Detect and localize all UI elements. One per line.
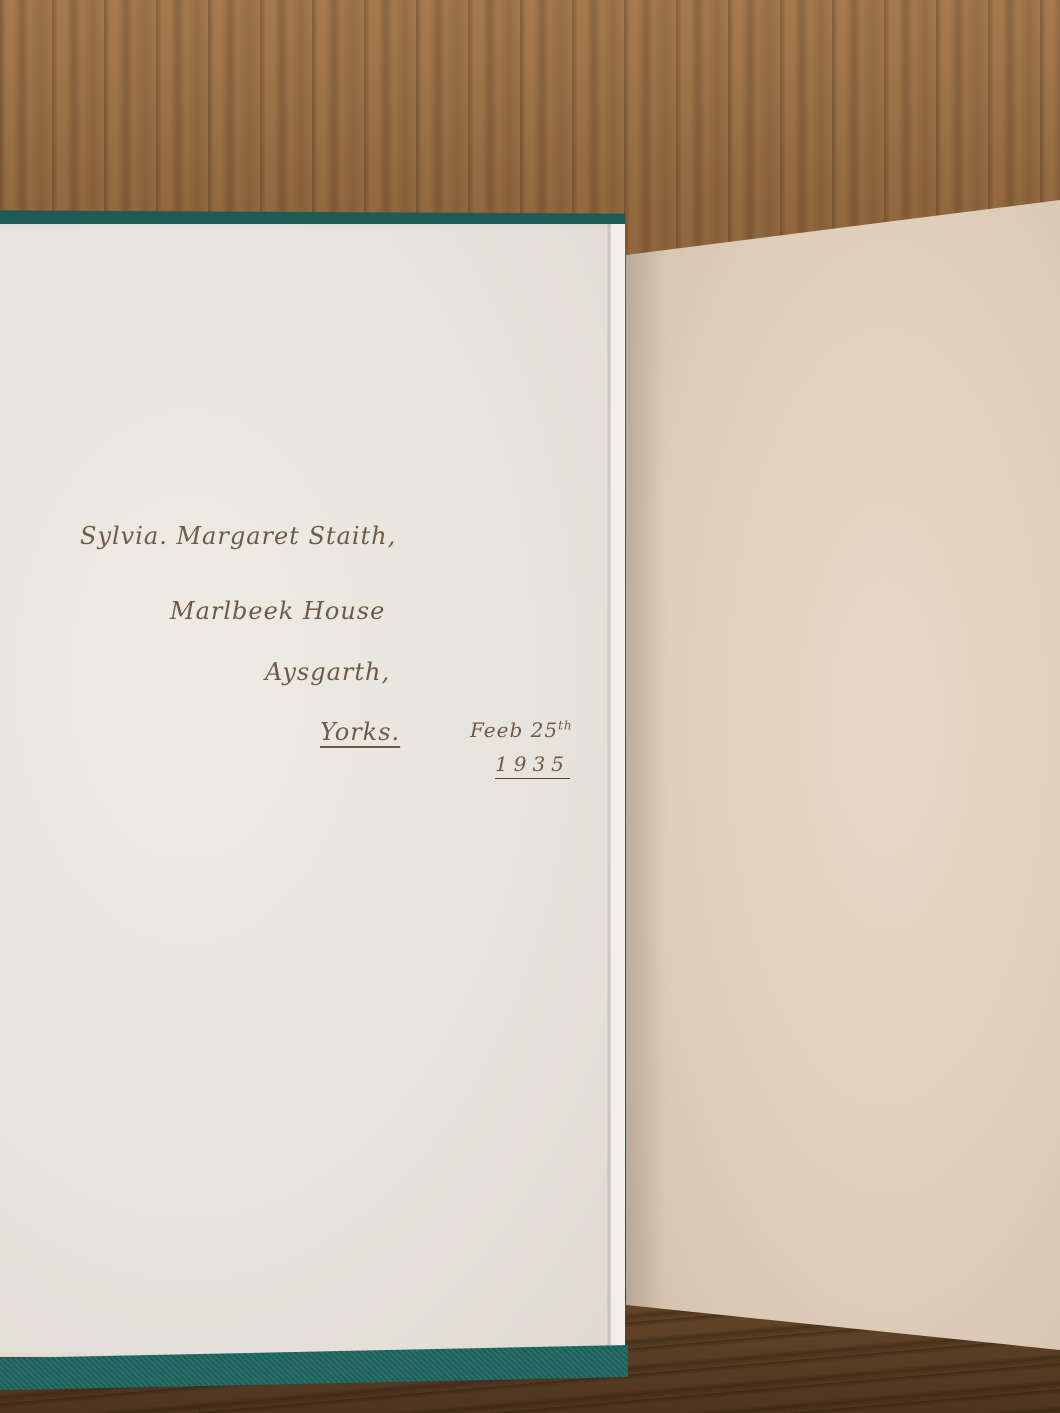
inscription-house: Marlbeek House [170,597,385,625]
inscription-name: Sylvia. Margaret Staith, [80,522,396,550]
date-month-day: Feeb 25 [470,718,558,742]
inscription-date-day: Feeb 25th [470,718,573,742]
inscription-date-year: 1935 [495,752,570,779]
inscription-town: Aysgarth, [265,658,390,686]
page-gutter-shadow [626,200,666,1350]
handwritten-inscription: Sylvia. Margaret Staith, Marlbeek House … [0,0,625,1000]
date-suffix: th [558,718,573,732]
inscription-county: Yorks. [320,718,400,746]
right-page [626,200,1060,1350]
